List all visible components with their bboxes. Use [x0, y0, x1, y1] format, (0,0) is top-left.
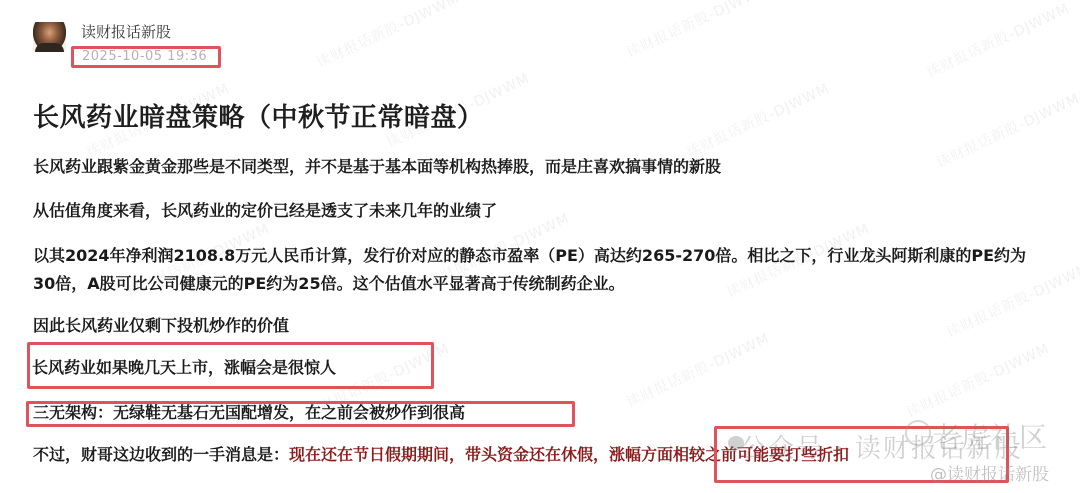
author-avatar[interactable]	[33, 22, 66, 52]
background-watermark: 读财报话新股-DJWWM	[623, 0, 773, 62]
post-timestamp: 2025-10-05 19:36	[82, 50, 207, 64]
wechat-logo-icon	[728, 436, 744, 450]
paragraph-listing-delay: 长风药业如果晚几天上市，涨幅会是很惊人	[32, 356, 336, 380]
post-header: 读财报话新股 2025-10-05 19:36	[33, 22, 221, 68]
paragraph-speculation: 因此长风药业仅剩下投机炒作的价值	[33, 314, 289, 338]
paragraph-stock-type: 长风药业跟紫金黄金那些是不同类型，并不是基于基本面等机构热捧股，而是庄喜欢搞事情…	[33, 155, 721, 179]
avatar-silhouette	[35, 43, 64, 52]
background-watermark: 读财报话新股-DJWWM	[903, 338, 1053, 422]
insider-news-lead: 不过，财哥这边收到的一手消息是：	[33, 445, 289, 464]
paragraph-valuation: 从估值角度来看，长风药业的定价已经是透支了未来几年的业绩了	[33, 199, 497, 223]
background-watermark: 读财报话新股-DJWWM	[933, 88, 1080, 172]
background-watermark: 读财报话新股-DJWWM	[623, 328, 773, 412]
timestamp-highlight-box: 2025-10-05 19:36	[71, 46, 221, 68]
article-title: 长风药业暗盘策略（中秋节正常暗盘）	[33, 97, 484, 134]
background-watermark: 读财报话新股-DJWWM	[313, 0, 463, 72]
background-watermark: 读财报话新股-DJWWM	[683, 78, 833, 162]
tiger-community-logo-icon	[905, 420, 931, 446]
author-name[interactable]: 读财报话新股	[81, 23, 221, 41]
paragraph-three-no-structure: 三无架构：无绿鞋无基石无国配增发，在之前会被炒作到很高	[33, 401, 465, 425]
highlight-box-discount	[714, 426, 1009, 483]
background-watermark: 读财报话新股-DJWWM	[923, 0, 1073, 82]
paragraph-pe-comparison: 以其2024年净利润2108.8万元人民币计算，发行价对应的静态市盈率（PE）高…	[33, 242, 1043, 298]
author-block: 读财报话新股 2025-10-05 19:36	[81, 23, 221, 68]
